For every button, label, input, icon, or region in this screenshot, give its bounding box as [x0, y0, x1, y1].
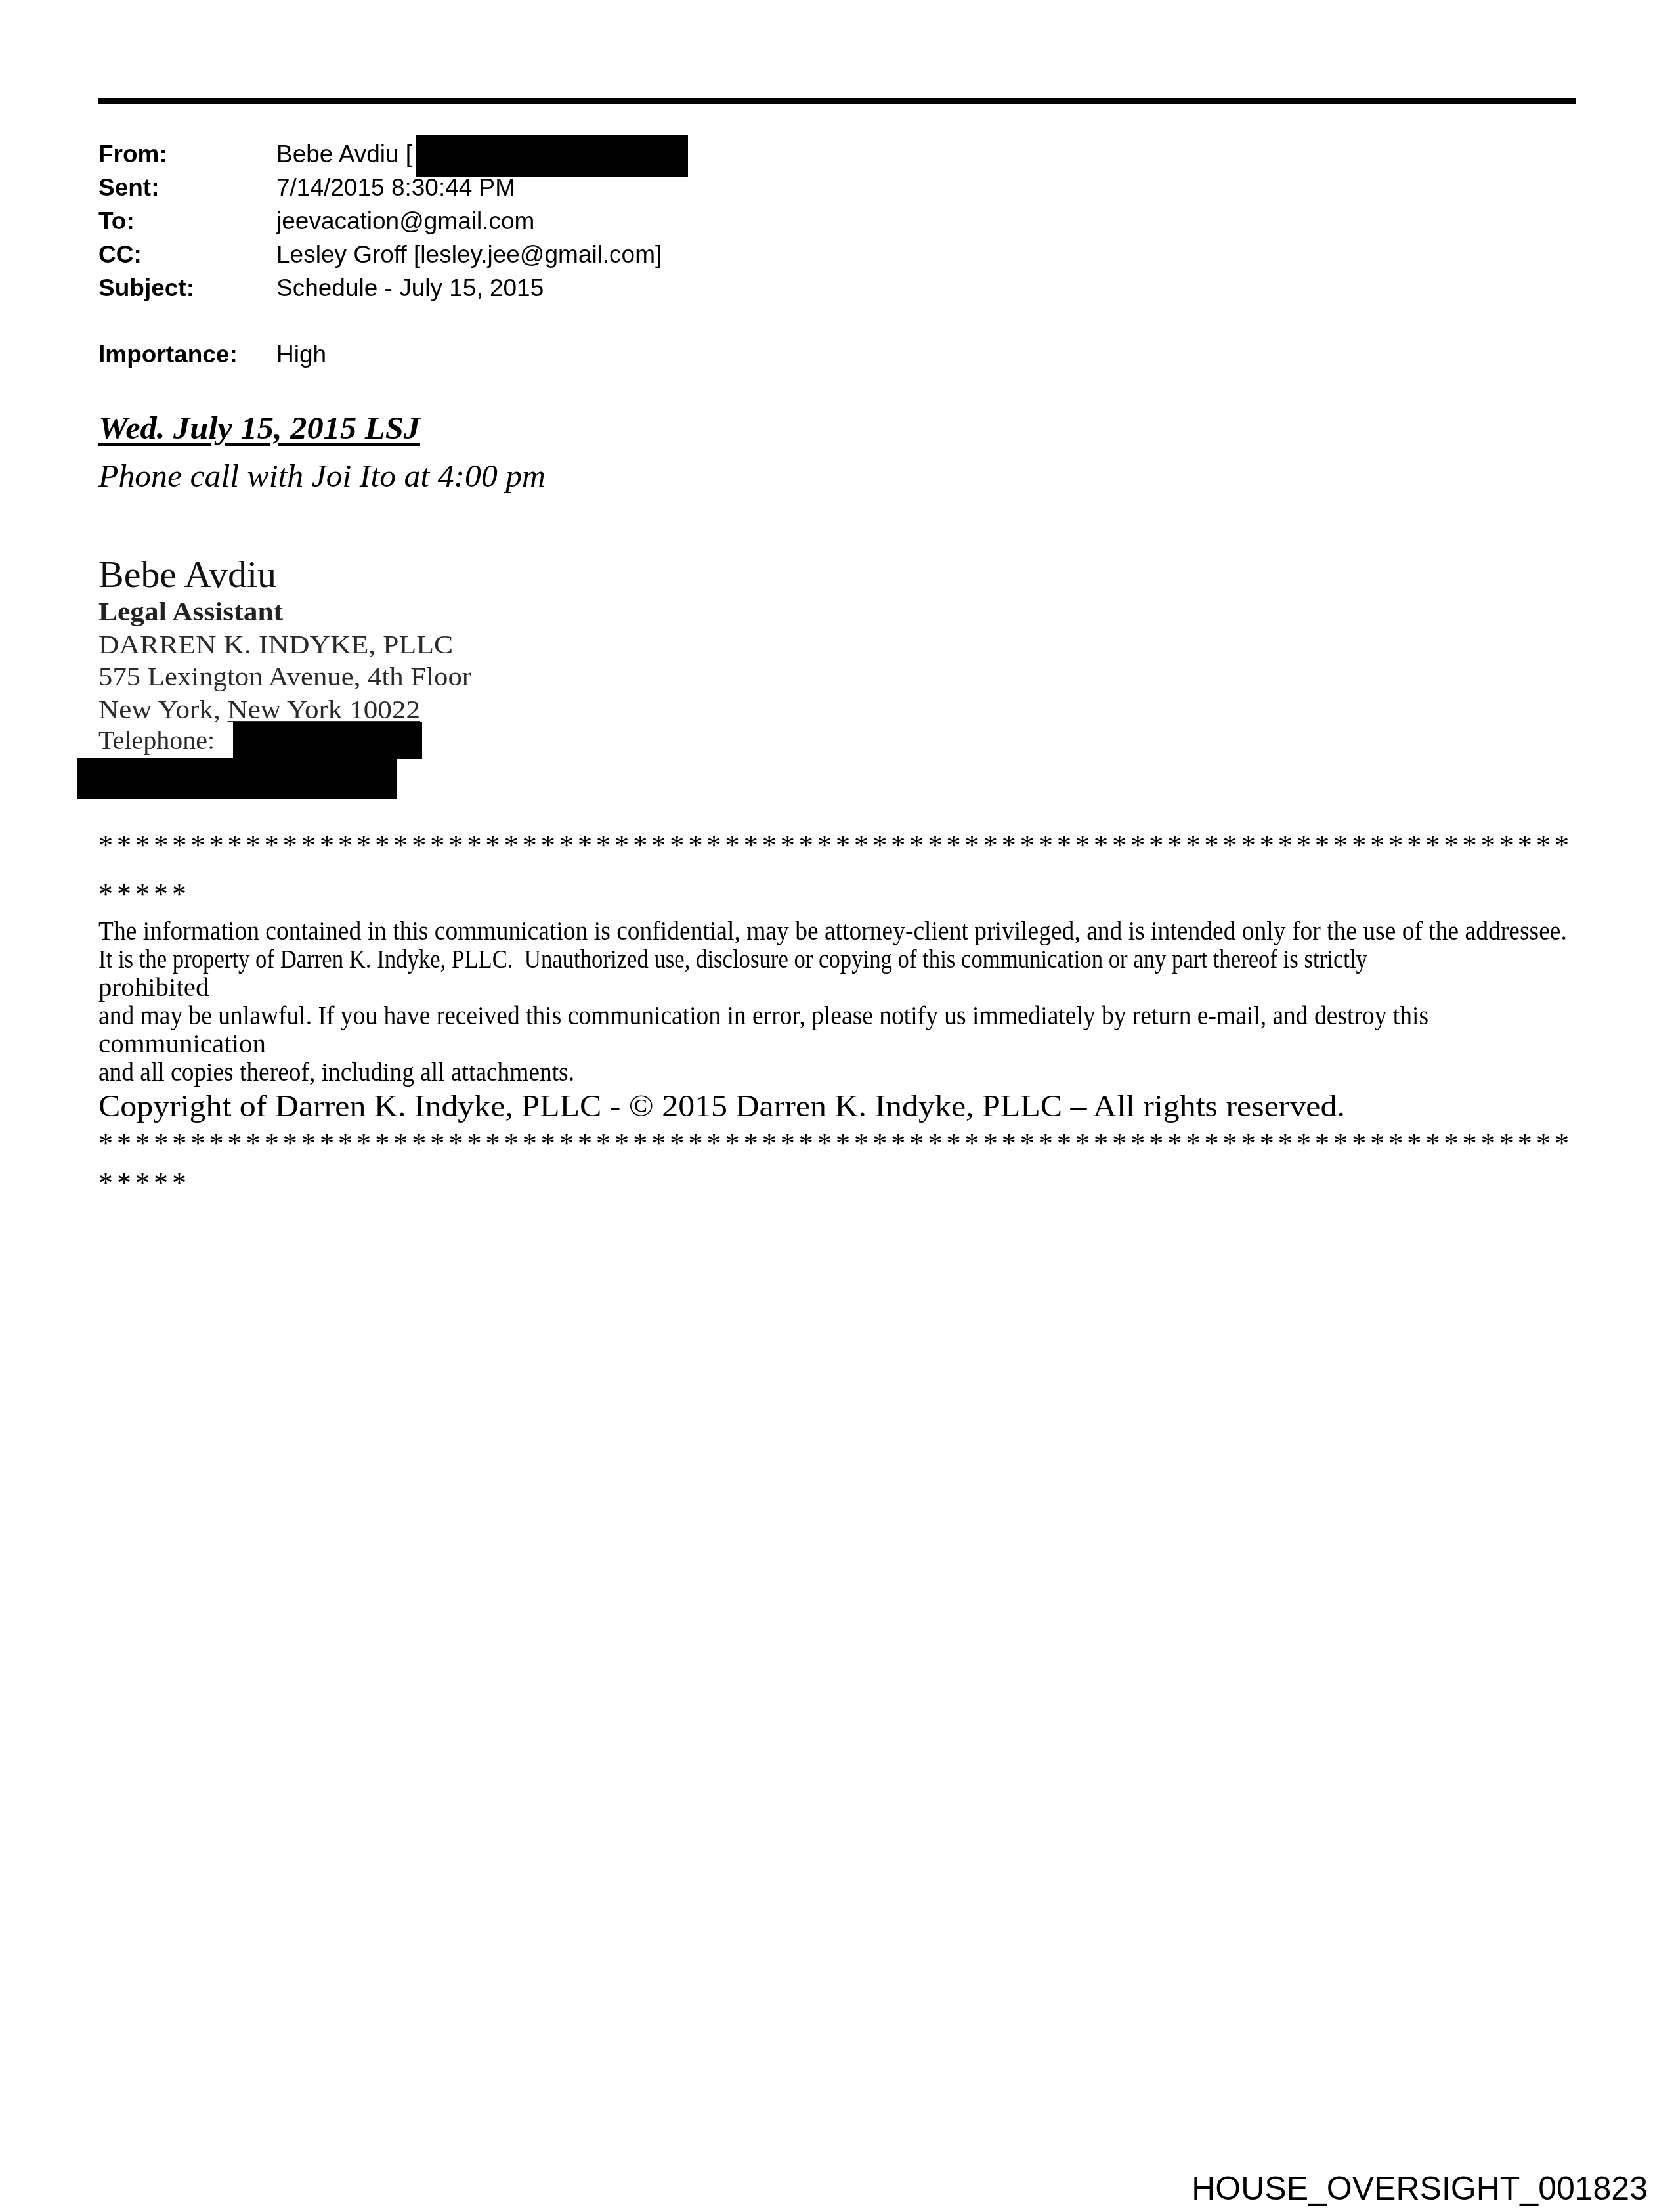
subject-value: Schedule - July 15, 2015 — [276, 276, 544, 300]
asterisk-divider: ****************************************… — [98, 831, 1573, 860]
sent-label: Sent: — [98, 175, 160, 200]
disclaimer-line: prohibited — [98, 974, 209, 1001]
disclaimer-line: The information contained in this commun… — [98, 917, 1567, 944]
from-name: Bebe Avdiu [ — [276, 141, 412, 167]
address-city-prefix: New York, — [98, 695, 227, 724]
copyright-notice: Copyright of Darren K. Indyke, PLLC - © … — [98, 1091, 1345, 1122]
signature-name: Bebe Avdiu — [98, 557, 276, 594]
cc-value: Lesley Groff [lesley.jee@gmail.com] — [276, 242, 662, 267]
cc-label: CC: — [98, 242, 142, 267]
importance-label: Importance: — [98, 342, 238, 366]
signature-address-line2: New York, New York 10022 — [98, 697, 420, 723]
signature-telephone-label: Telephone: — [98, 727, 215, 754]
header-divider-rule — [98, 98, 1576, 104]
redaction-block-from-email — [416, 135, 688, 177]
address-link[interactable]: New York 10022 — [227, 695, 420, 724]
importance-value: High — [276, 342, 326, 366]
to-value: jeevacation@gmail.com — [276, 209, 534, 233]
asterisk-divider: ****************************************… — [98, 1129, 1573, 1158]
redaction-block-telephone — [233, 722, 422, 759]
subject-label: Subject: — [98, 276, 194, 300]
bates-number: HOUSE_OVERSIGHT_001823 — [1191, 2172, 1648, 2205]
schedule-date-heading: Wed. July 15, 2015 LSJ — [98, 413, 420, 445]
asterisk-divider-tail: ***** — [98, 1169, 190, 1198]
disclaimer-line: and all copies thereof, including all at… — [98, 1058, 574, 1085]
redaction-block-signature — [77, 758, 397, 799]
to-label: To: — [98, 209, 135, 233]
schedule-item: Phone call with Joi Ito at 4:00 pm — [98, 461, 546, 492]
signature-address-line1: 575 Lexington Avenue, 4th Floor — [98, 664, 471, 690]
signature-title: Legal Assistant — [98, 599, 283, 625]
asterisk-divider-tail: ***** — [98, 880, 190, 909]
from-label: From: — [98, 142, 167, 166]
disclaimer-line: and may be unlawful. If you have receive… — [98, 1002, 1428, 1029]
disclaimer-line: It is the property of Darren K. Indyke, … — [98, 945, 1367, 972]
disclaimer-line: communication — [98, 1030, 266, 1057]
signature-firm: DARREN K. INDYKE, PLLC — [98, 632, 453, 658]
sent-value: 7/14/2015 8:30:44 PM — [276, 175, 515, 200]
